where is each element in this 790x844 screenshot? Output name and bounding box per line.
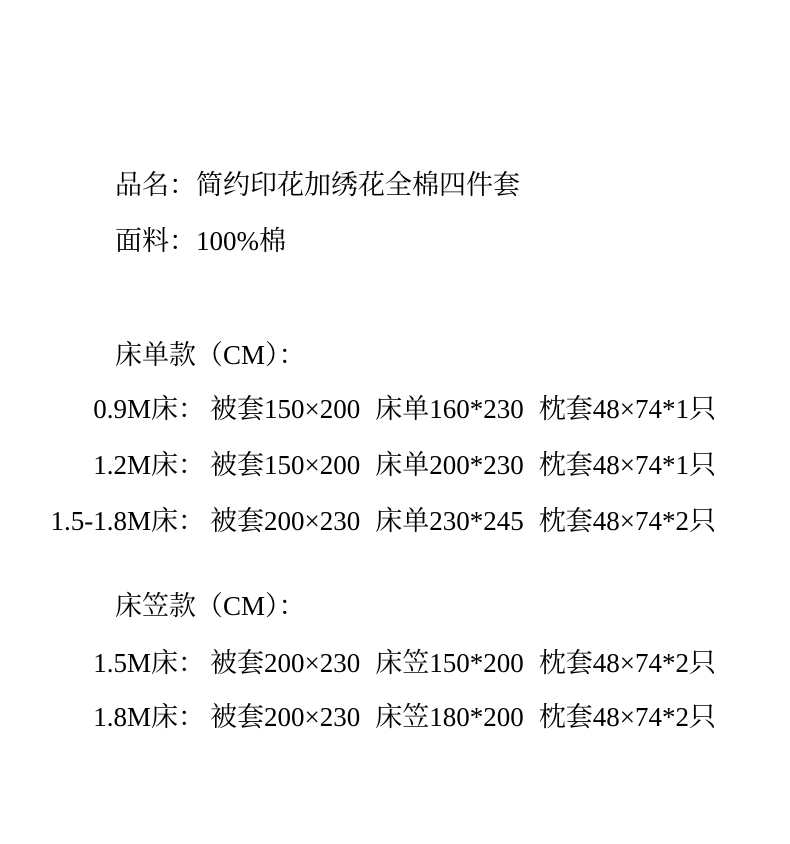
bed-size-label: 1.2M床： <box>0 450 205 480</box>
flat-sheet-spec: 床单230*245 <box>375 506 524 536</box>
spec-row-fitted-1-8m: 1.8M床：被套200×230床笠180*200枕套48×74*2只 <box>0 702 790 732</box>
bed-size-label: 0.9M床： <box>0 394 205 424</box>
duvet-cover-spec: 被套200×230 <box>210 702 360 732</box>
fabric-line: 面料：100%棉 <box>0 226 790 256</box>
product-name-value: 简约印花加绣花全棉四件套 <box>196 170 520 200</box>
spec-row-0-9m: 0.9M床：被套150×200床单160*230枕套48×74*1只 <box>0 394 790 424</box>
product-spec-sheet: 品名：简约印花加绣花全棉四件套 面料：100%棉 床单款（CM）： 0.9M床：… <box>0 0 790 844</box>
spec-row-fitted-1-5m: 1.5M床：被套200×230床笠150*200枕套48×74*2只 <box>0 648 790 678</box>
flat-sheet-spec: 床单200*230 <box>375 450 524 480</box>
product-name-label: 品名： <box>115 170 196 200</box>
bed-size-label: 1.8M床： <box>0 702 205 732</box>
flat-sheet-spec: 床单160*230 <box>375 394 524 424</box>
pillowcase-spec: 枕套48×74*2只 <box>539 702 716 732</box>
spec-row-1-5-1-8m: 1.5-1.8M床：被套200×230床单230*245枕套48×74*2只 <box>0 506 790 536</box>
pillowcase-spec: 枕套48×74*1只 <box>539 394 716 424</box>
fitted-sheet-spec: 床笠150*200 <box>375 648 524 678</box>
bed-size-label: 1.5M床： <box>0 648 205 678</box>
duvet-cover-spec: 被套150×200 <box>210 394 360 424</box>
fitted-sheet-spec: 床笠180*200 <box>375 702 524 732</box>
pillowcase-spec: 枕套48×74*1只 <box>539 450 716 480</box>
fabric-label: 面料： <box>115 226 196 256</box>
fabric-value: 100%棉 <box>196 226 286 256</box>
duvet-cover-spec: 被套150×200 <box>210 450 360 480</box>
product-name-line: 品名：简约印花加绣花全棉四件套 <box>0 170 790 200</box>
pillowcase-spec: 枕套48×74*2只 <box>539 506 716 536</box>
section-title-bedsheet: 床单款（CM）： <box>0 340 790 370</box>
spec-row-1-2m: 1.2M床：被套150×200床单200*230枕套48×74*1只 <box>0 450 790 480</box>
duvet-cover-spec: 被套200×230 <box>210 506 360 536</box>
duvet-cover-spec: 被套200×230 <box>210 648 360 678</box>
pillowcase-spec: 枕套48×74*2只 <box>539 648 716 678</box>
bed-size-label: 1.5-1.8M床： <box>0 506 205 536</box>
section-title-fitted-sheet: 床笠款（CM）： <box>0 591 790 621</box>
